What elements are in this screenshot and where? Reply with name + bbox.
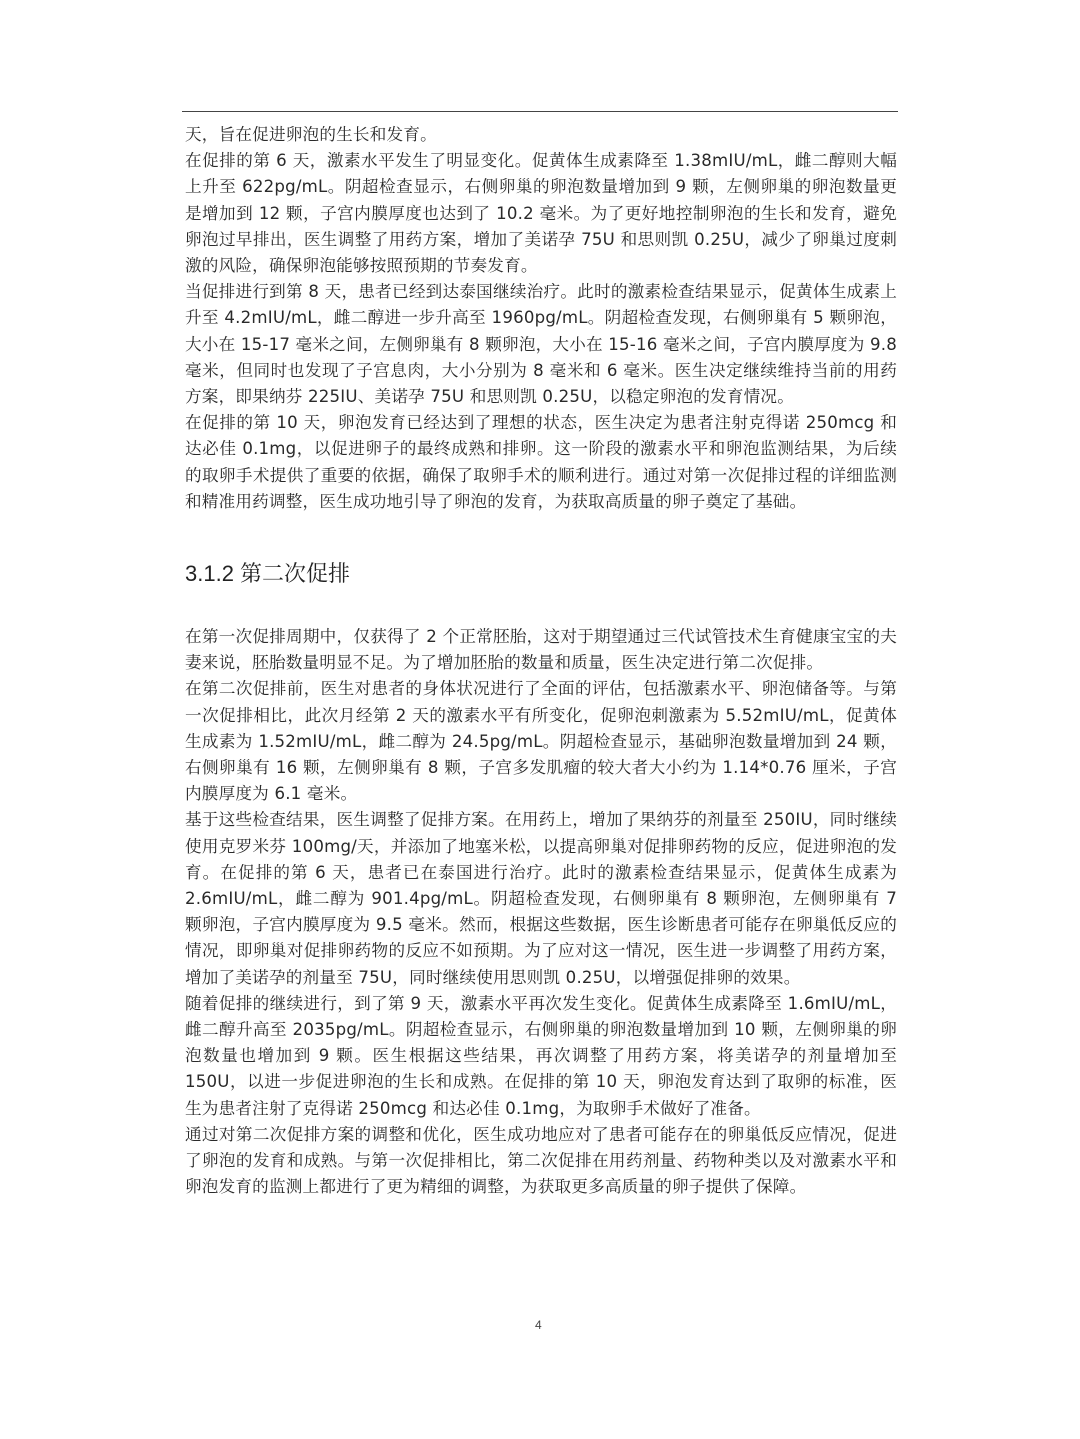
paragraph: 在促排的第 10 天，卵泡发育已经达到了理想的状态，医生决定为患者注射克得诺 2… xyxy=(185,410,897,515)
paragraph: 天，旨在促进卵泡的生长和发育。 xyxy=(185,122,897,148)
paragraph: 在第一次促排周期中，仅获得了 2 个正常胚胎，这对于期望通过三代试管技术生育健康… xyxy=(185,624,897,676)
paragraph: 通过对第二次促排方案的调整和优化，医生成功地应对了患者可能存在的卵巢低反应情况，… xyxy=(185,1122,897,1201)
paragraph: 当促排进行到第 8 天，患者已经到达泰国继续治疗。此时的激素检查结果显示，促黄体… xyxy=(185,279,897,410)
section-3-1-2-body: 在第一次促排周期中，仅获得了 2 个正常胚胎，这对于期望通过三代试管技术生育健康… xyxy=(185,624,897,1200)
section-heading: 3.1.2 第二次促排 xyxy=(185,556,350,592)
paragraph: 基于这些检查结果，医生调整了促排方案。在用药上，增加了果纳芬的剂量至 250IU… xyxy=(185,807,897,990)
page-number: 4 xyxy=(535,1318,542,1332)
paragraph: 随着促排的继续进行，到了第 9 天，激素水平再次发生变化。促黄体生成素降至 1.… xyxy=(185,991,897,1122)
document-page: 天，旨在促进卵泡的生长和发育。 在促排的第 6 天，激素水平发生了明显变化。促黄… xyxy=(0,0,1080,1439)
paragraph: 在促排的第 6 天，激素水平发生了明显变化。促黄体生成素降至 1.38mIU/m… xyxy=(185,148,897,279)
header-rule xyxy=(182,111,898,112)
paragraph: 在第二次促排前，医生对患者的身体状况进行了全面的评估，包括激素水平、卵泡储备等。… xyxy=(185,676,897,807)
section-3-1-1-body: 天，旨在促进卵泡的生长和发育。 在促排的第 6 天，激素水平发生了明显变化。促黄… xyxy=(185,122,897,515)
